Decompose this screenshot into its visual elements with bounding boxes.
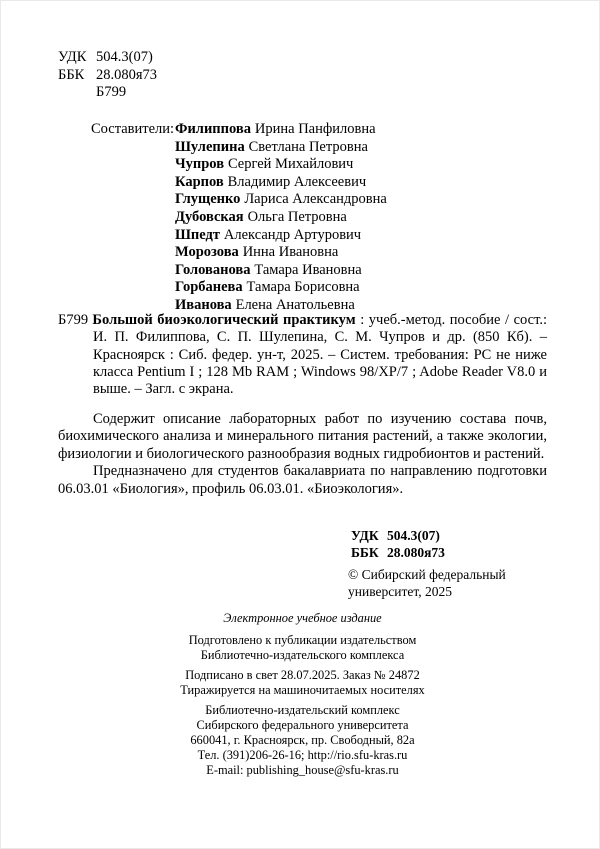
compiler-given-names: Владимир Алексеевич [228,174,367,190]
abstract-block: Содержит описание лабораторных работ по … [58,411,547,498]
compiler-surname: Чупров [175,156,224,172]
edition-type-line: Электронное учебное издание [58,611,547,626]
compiler-row: МорозоваИнна Ивановна [175,244,387,262]
imprint-page: УДК 504.3(07) ББК 28.080я73 Б799 Состави… [0,0,600,849]
compiler-surname: Глущенко [175,191,240,207]
copyright-notice: © Сибирский федеральный университет, 202… [348,566,506,600]
bbk-value-bottom: 28.080я73 [387,544,445,561]
compiler-row: ГоловановаТамара Ивановна [175,262,387,280]
publisher-address-line: 660041, г. Красноярск, пр. Свободный, 82… [58,733,547,748]
compiler-given-names: Тамара Борисовна [247,279,360,295]
copyright-line-2: университет, 2025 [348,583,506,600]
compiler-surname: Шпедт [175,227,220,243]
compiler-given-names: Инна Ивановна [243,244,339,260]
prepared-by-group: Подготовлено к публикации издательством … [58,633,547,663]
publisher-email-line: E-mail: publishing_house@sfu-kras.ru [58,763,547,778]
compiler-given-names: Ольга Петровна [248,209,347,225]
bbk-label: ББК [58,67,96,85]
compiler-surname: Морозова [175,244,239,260]
compiler-surname: Карпов [175,174,224,190]
release-date-line: Подписано в свет 28.07.2025. Заказ № 248… [58,668,547,683]
bibliographic-record: Б799Большой биоэкологический практикум :… [58,312,547,398]
compiler-surname: Горбанева [175,279,243,295]
compiler-row: ГлущенкоЛариса Александровна [175,191,387,209]
author-sign-row: Б799 [58,84,157,102]
author-sign-code: Б799 [58,312,88,328]
abstract-paragraph-contents: Содержит описание лабораторных работ по … [58,411,547,463]
compiler-surname: Иванова [175,297,232,313]
publisher-contact-group: Библиотечно-издательский комплекс Сибирс… [58,703,547,778]
bbk-label-bottom: ББК [351,544,387,561]
bbk-row: ББК 28.080я73 [58,67,157,85]
prepared-line-1: Подготовлено к публикации издательством [58,633,547,648]
udk-label-bottom: УДК [351,527,387,544]
publisher-name-line: Библиотечно-издательский комплекс [58,703,547,718]
compiler-given-names: Ирина Панфиловна [255,121,376,137]
book-title: Большой биоэкологический практикум [92,312,355,328]
compiler-row: ФилипповаИрина Панфиловна [175,121,387,139]
compiler-given-names: Сергей Михайлович [228,156,353,172]
colophon-block: Электронное учебное издание Подготовлено… [58,611,547,783]
compiler-row: ШпедтАлександр Артурович [175,227,387,245]
compiler-surname: Филиппова [175,121,251,137]
compiler-row: ЧупровСергей Михайлович [175,156,387,174]
compilers-block: Составители: ФилипповаИрина Панфиловна Ш… [91,121,387,315]
release-info-group: Подписано в свет 28.07.2025. Заказ № 248… [58,668,547,698]
compiler-surname: Дубовская [175,209,244,225]
udk-value-bottom: 504.3(07) [387,527,445,544]
bbk-value: 28.080я73 [96,67,157,85]
compiler-row: КарповВладимир Алексеевич [175,174,387,192]
abstract-paragraph-audience: Предназначено для студентов бакалавриата… [58,463,547,498]
bibliographic-paragraph: Б799Большой биоэкологический практикум :… [93,312,547,398]
author-sign-value: Б799 [96,84,157,102]
compiler-row: ШулепинаСветлана Петровна [175,139,387,157]
udk-row: УДК 504.3(07) [58,49,157,67]
top-codes-block: УДК 504.3(07) ББК 28.080я73 Б799 [58,49,157,102]
compiler-row: ГорбаневаТамара Борисовна [175,279,387,297]
copyright-line-1: © Сибирский федеральный [348,566,506,583]
compiler-given-names: Александр Артурович [224,227,361,243]
compiler-given-names: Елена Анатольевна [236,297,355,313]
compiler-surname: Шулепина [175,139,245,155]
bbk-row-bottom: ББК 28.080я73 [351,544,445,561]
author-sign-label [58,84,96,102]
prepared-line-2: Библиотечно-издательского комплекса [58,648,547,663]
udk-label: УДК [58,49,96,67]
udk-row-bottom: УДК 504.3(07) [351,527,445,544]
compiler-surname: Голованова [175,262,250,278]
compiler-given-names: Лариса Александровна [244,191,387,207]
compilers-label: Составители: [91,121,175,315]
bottom-codes-block: УДК 504.3(07) ББК 28.080я73 [351,527,445,561]
udk-value: 504.3(07) [96,49,157,67]
distribution-line: Тиражируется на машиночитаемых носителях [58,683,547,698]
publisher-university-line: Сибирского федерального университета [58,718,547,733]
compiler-given-names: Тамара Ивановна [254,262,361,278]
compiler-given-names: Светлана Петровна [249,139,368,155]
compiler-row: ДубовскаяОльга Петровна [175,209,387,227]
publisher-phone-url-line: Тел. (391)206-26-16; http://rio.sfu-kras… [58,748,547,763]
compilers-list: ФилипповаИрина Панфиловна ШулепинаСветла… [175,121,387,315]
